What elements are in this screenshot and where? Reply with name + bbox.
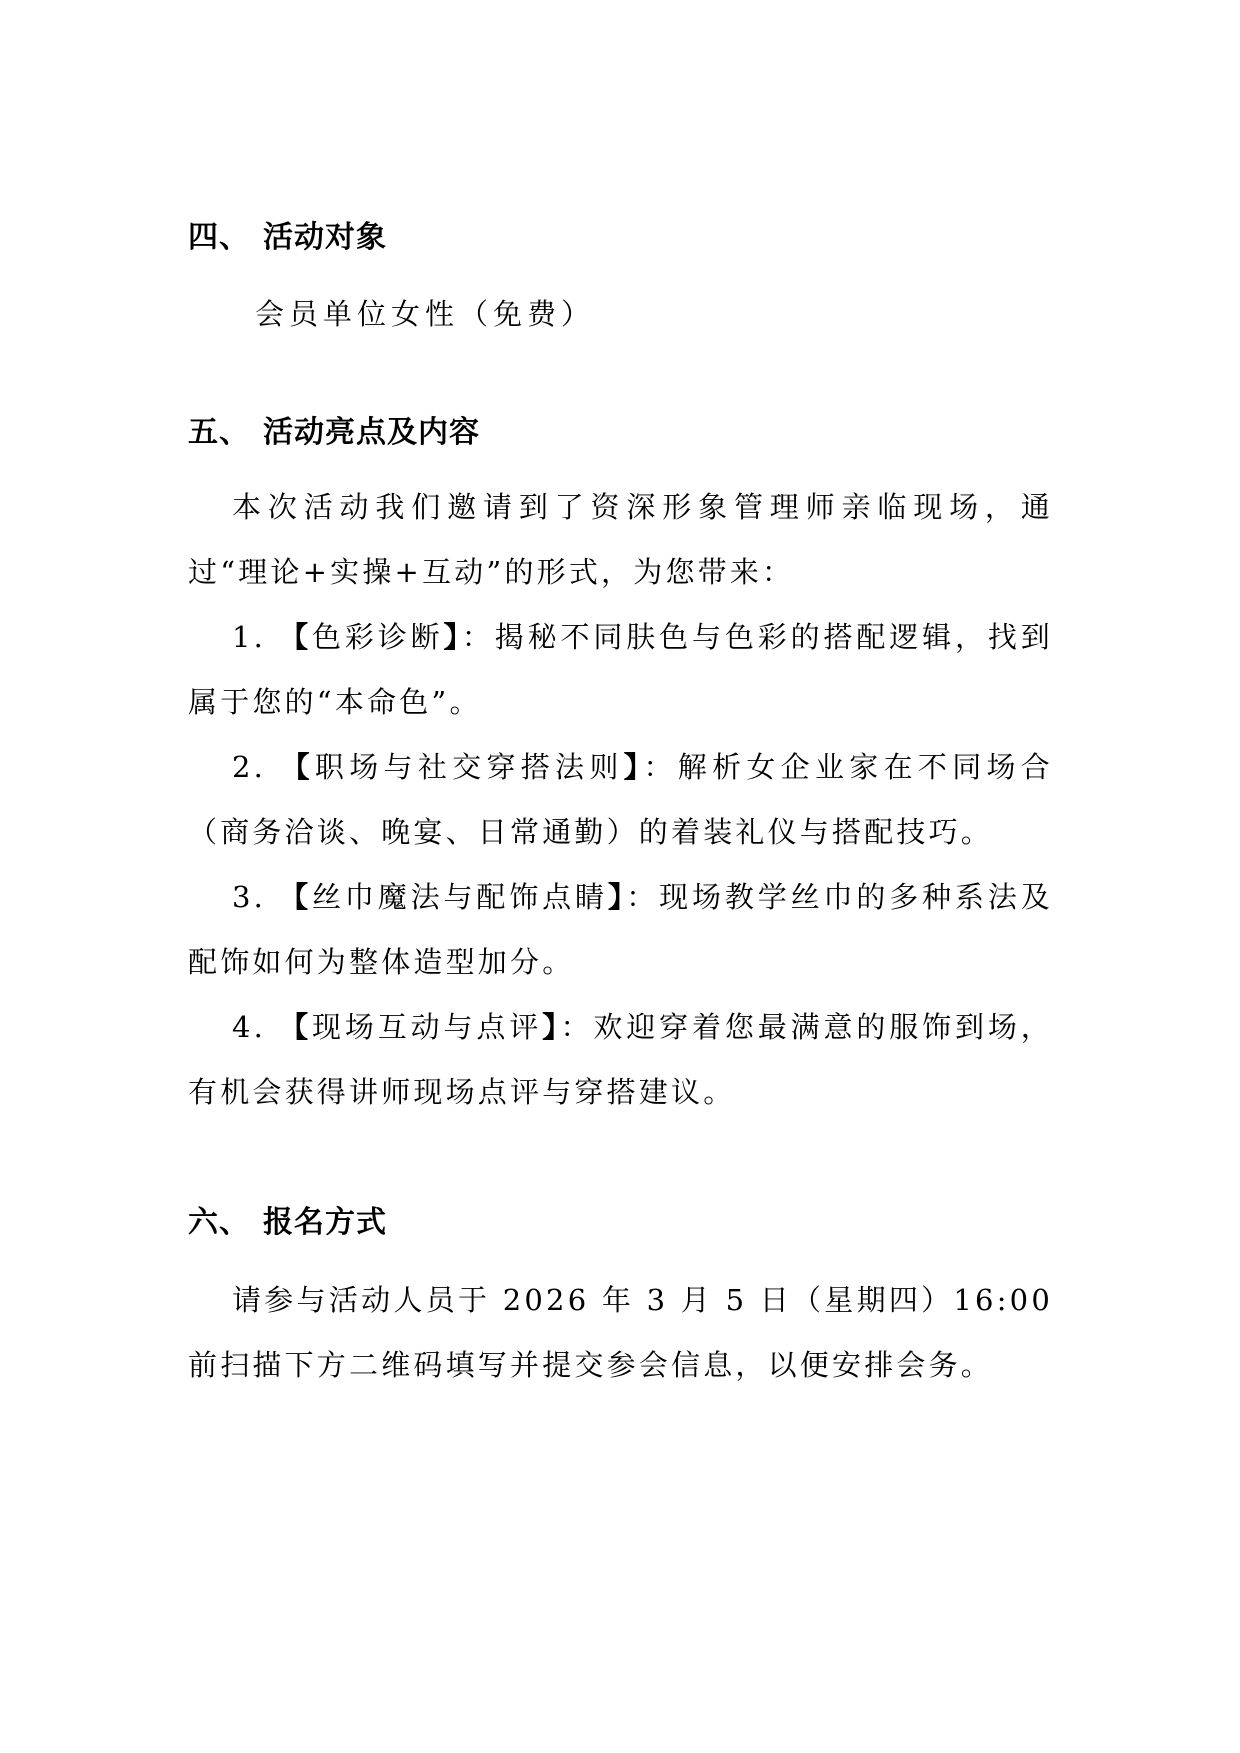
- section-heading-highlights: 五、活动亮点及内容: [188, 413, 1053, 453]
- registration-paragraph: 请参与活动人员于 2026 年 3 月 5 日（星期四）16:00 前扫描下方二…: [188, 1268, 1053, 1398]
- highlights-intro-paragraph: 本次活动我们邀请到了资深形象管理师亲临现场，通过“理论+实操+互动”的形式，为您…: [188, 475, 1053, 605]
- audience-paragraph: 会员单位女性（免费）: [188, 282, 1053, 347]
- item-index: 4.: [232, 1010, 266, 1044]
- section-title: 报名方式: [263, 1205, 387, 1240]
- item-label: 现场互动与点评: [312, 1010, 542, 1044]
- item-index: 1.: [232, 620, 266, 654]
- left-bracket: 【: [281, 750, 315, 784]
- highlight-item-1: 1. 【色彩诊断】：揭秘不同肤色与色彩的搭配逻辑，找到属于您的“本命色”。: [188, 605, 1053, 735]
- highlight-item-4: 4. 【现场互动与点评】：欢迎穿着您最满意的服饰到场，有机会获得讲师现场点评与穿…: [188, 995, 1053, 1125]
- section-body-highlights: 本次活动我们邀请到了资深形象管理师亲临现场，通过“理论+实操+互动”的形式，为您…: [188, 475, 1053, 1125]
- item-label: 色彩诊断: [312, 620, 444, 654]
- right-bracket: 】: [624, 750, 644, 784]
- left-bracket: 【: [279, 880, 312, 914]
- right-bracket: 】: [608, 880, 626, 914]
- section-title: 活动亮点及内容: [263, 415, 480, 450]
- item-index: 3.: [232, 880, 266, 914]
- item-label: 职场与社交穿搭法则: [315, 750, 624, 784]
- item-label: 丝巾魔法与配饰点睛: [312, 880, 608, 914]
- section-number: 五、: [188, 413, 263, 453]
- highlight-item-3: 3. 【丝巾魔法与配饰点睛】：现场教学丝巾的多种系法及配饰如何为整体造型加分。: [188, 865, 1053, 995]
- section-heading-registration: 六、报名方式: [188, 1203, 1053, 1243]
- section-body-target-audience: 会员单位女性（免费）: [188, 282, 1053, 347]
- left-bracket: 【: [279, 620, 312, 654]
- section-number: 六、: [188, 1203, 263, 1243]
- document-page: 四、活动对象 会员单位女性（免费） 五、活动亮点及内容 本次活动我们邀请到了资深…: [0, 0, 1240, 1753]
- section-body-registration: 请参与活动人员于 2026 年 3 月 5 日（星期四）16:00 前扫描下方二…: [188, 1268, 1053, 1398]
- highlight-item-2: 2. 【职场与社交穿搭法则】：解析女企业家在不同场合（商务洽谈、晚宴、日常通勤）…: [188, 735, 1053, 865]
- left-bracket: 【: [279, 1010, 312, 1044]
- right-bracket: 】: [444, 620, 462, 654]
- item-index: 2.: [232, 750, 266, 784]
- section-title: 活动对象: [263, 220, 387, 255]
- section-number: 四、: [188, 218, 263, 258]
- right-bracket: 】: [542, 1010, 560, 1044]
- section-heading-target-audience: 四、活动对象: [188, 218, 1053, 258]
